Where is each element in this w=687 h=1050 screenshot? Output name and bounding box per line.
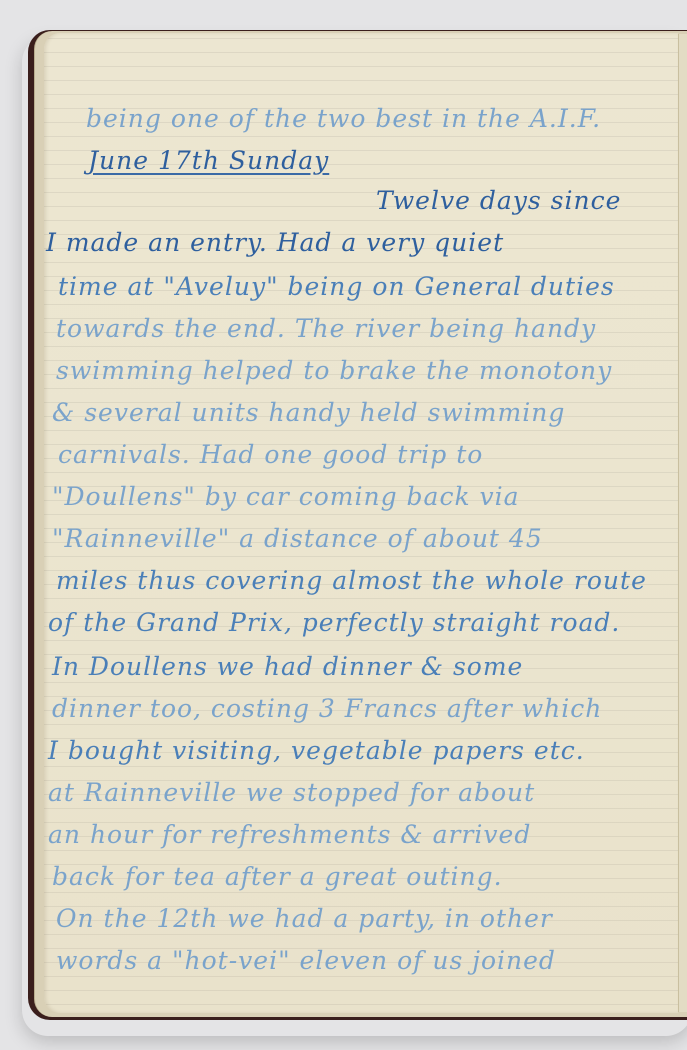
text-line-21: words a "hot-vei" eleven of us joined (56, 946, 556, 976)
text-line-10: "Doullens" by car coming back via (52, 482, 520, 512)
text-line-18: an hour for refreshments & arrived (48, 820, 531, 850)
text-line-4: I made an entry. Had a very quiet (46, 228, 504, 258)
text-line-5: time at "Aveluy" being on General duties (58, 272, 615, 302)
text-line-15: dinner too, costing 3 Francs after which (52, 694, 602, 724)
text-line-7: swimming helped to brake the monotony (56, 356, 612, 386)
entry-date-heading: June 17th Sunday (88, 146, 329, 176)
text-line-14: In Doullens we had dinner & some (52, 652, 523, 682)
text-line-6: towards the end. The river being handy (56, 314, 596, 344)
text-line-8: & several units handy held swimming (52, 398, 565, 428)
text-line-16: I bought visiting, vegetable papers etc. (48, 736, 585, 766)
text-line-11: "Rainneville" a distance of about 45 (52, 524, 543, 554)
text-line-19: back for tea after a great outing. (52, 862, 503, 892)
text-line-17: at Rainneville we stopped for about (48, 778, 535, 808)
text-line-1: being one of the two best in the A.I.F. (86, 104, 601, 134)
text-line-12: miles thus covering almost the whole rou… (56, 566, 647, 596)
text-line-3: Twelve days since (376, 186, 621, 216)
text-line-9: carnivals. Had one good trip to (58, 440, 483, 470)
text-line-20: On the 12th we had a party, in other (56, 904, 553, 934)
text-line-13: of the Grand Prix, perfectly straight ro… (48, 608, 620, 638)
handwritten-text: being one of the two best in the A.I.F. … (0, 0, 687, 1050)
